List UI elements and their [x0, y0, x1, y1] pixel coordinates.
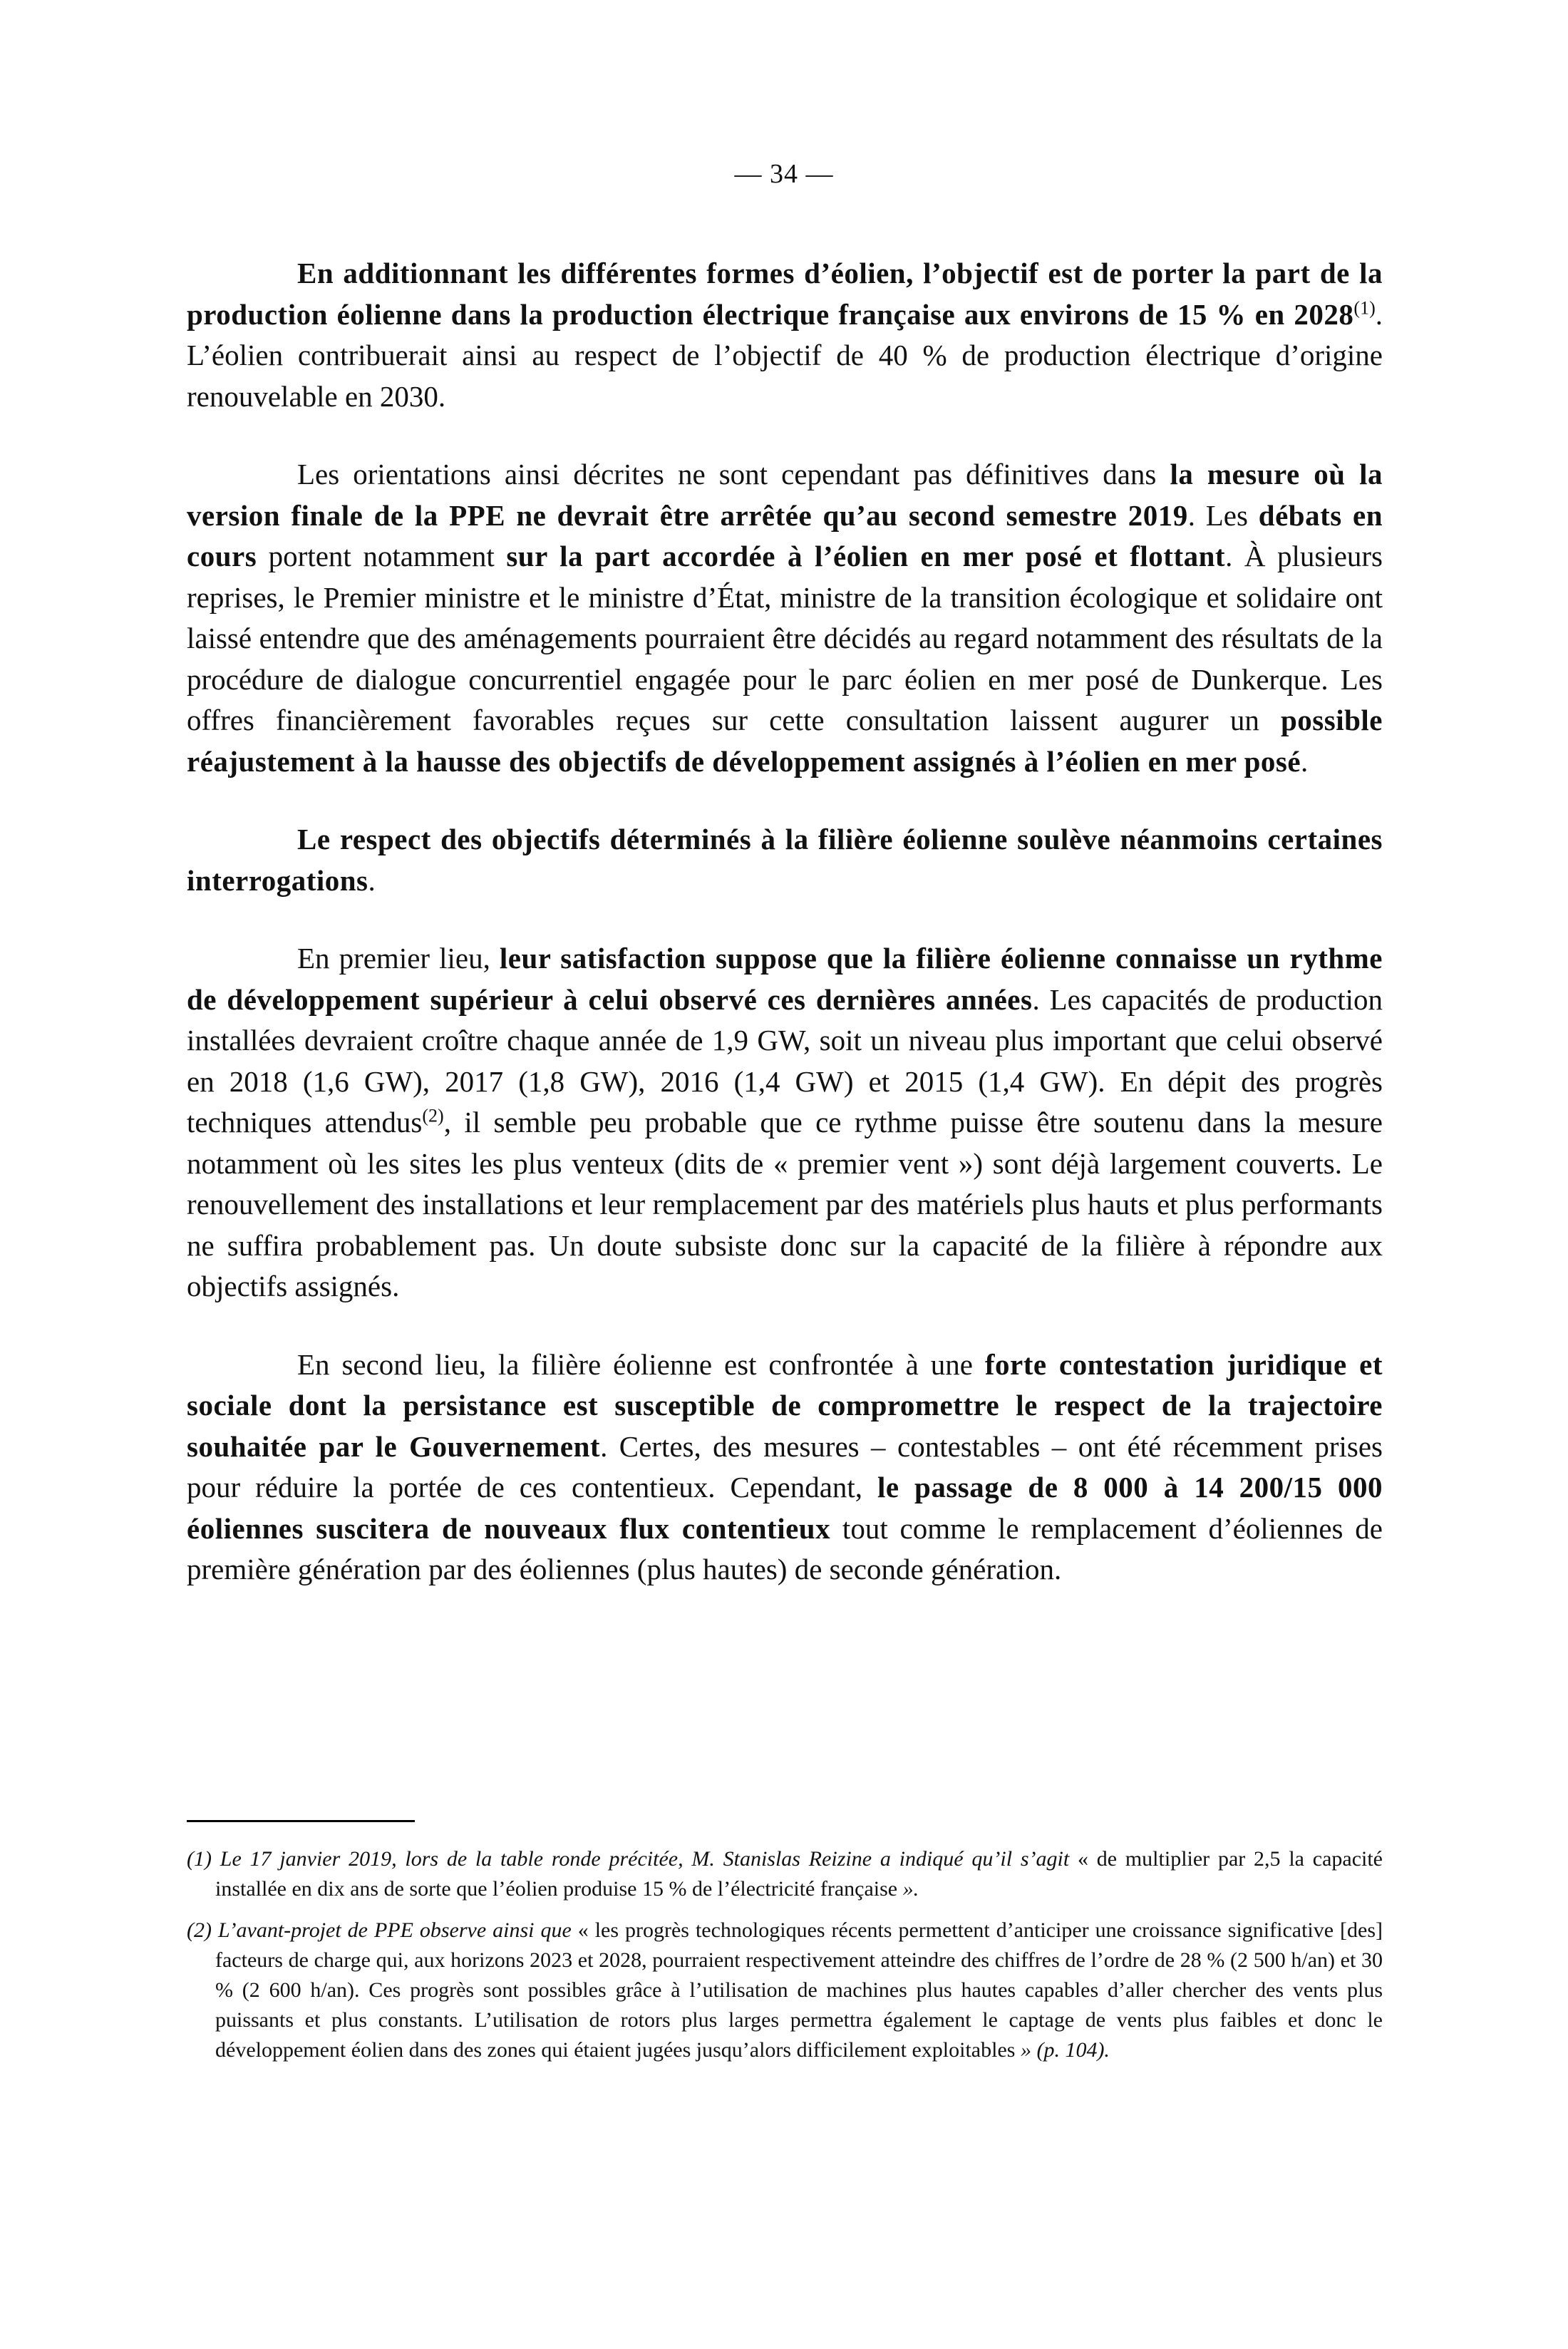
footnote-2: (2) L’avant-projet de PPE observe ainsi …	[187, 1916, 1383, 2065]
text: .	[368, 864, 376, 897]
italic-text: » (p. 104).	[1021, 2038, 1110, 2062]
paragraph-second-lieu: En second lieu, la filière éolienne est …	[187, 1345, 1383, 1590]
bold-text: En additionnant les différentes formes d…	[187, 257, 1383, 331]
body-text: En additionnant les différentes formes d…	[187, 253, 1383, 1628]
text: Les orientations ainsi décrites ne sont …	[297, 458, 1170, 490]
text: . Les	[1188, 499, 1259, 532]
footnote-1: (1) Le 17 janvier 2019, lors de la table…	[187, 1844, 1383, 1904]
bold-text: sur la part accordée à l’éolien en mer p…	[506, 540, 1225, 572]
text: En second lieu, la filière éolienne est …	[297, 1348, 985, 1381]
bold-text: Le respect des objectifs déterminés à la…	[187, 823, 1383, 897]
footnote-ref: (2)	[422, 1105, 443, 1126]
text: .	[1301, 745, 1308, 778]
paragraph-respect-objectifs: Le respect des objectifs déterminés à la…	[187, 819, 1383, 901]
italic-text: (1) Le 17 janvier 2019, lors de la table…	[187, 1847, 1078, 1871]
footnote-separator	[187, 1820, 415, 1822]
text: En premier lieu,	[297, 942, 500, 975]
footnotes: (1) Le 17 janvier 2019, lors de la table…	[187, 1844, 1383, 2077]
paragraph-ppe-orientations: Les orientations ainsi décrites ne sont …	[187, 454, 1383, 782]
italic-text: (2) L’avant-projet de PPE observe ainsi …	[187, 1918, 578, 1942]
page-number: — 34 —	[0, 158, 1568, 190]
footnote-ref: (1)	[1353, 297, 1375, 318]
text: portent notamment	[257, 540, 506, 572]
italic-text: ».	[903, 1877, 919, 1901]
paragraph-objective-15-percent: En additionnant les différentes formes d…	[187, 253, 1383, 417]
paragraph-premier-lieu: En premier lieu, leur satisfaction suppo…	[187, 938, 1383, 1307]
